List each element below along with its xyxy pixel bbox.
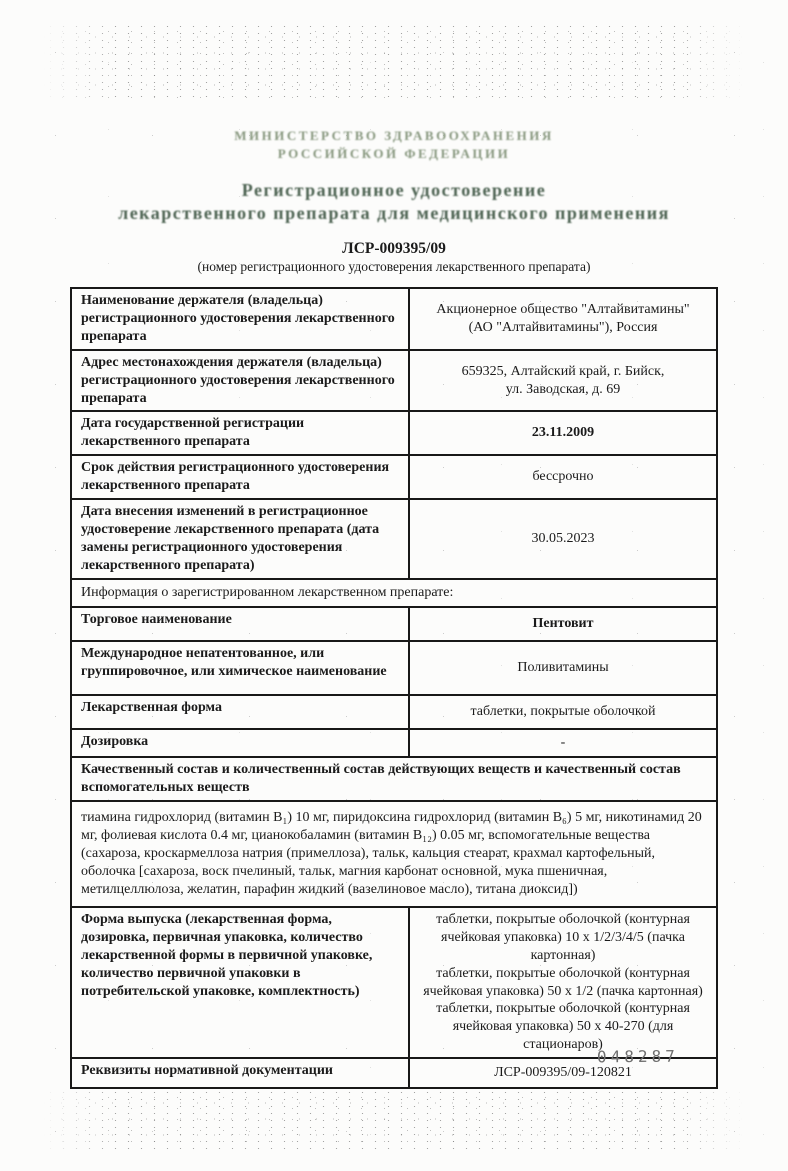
table-row: Срок действия регистрационного удостовер… <box>71 455 717 499</box>
document-title-line-2: лекарственного препарата для медицинског… <box>0 202 788 225</box>
row-value-trade-name: Пентовит <box>409 607 717 641</box>
registration-number-caption: (номер регистрационного удостоверения ле… <box>0 259 788 275</box>
row-label-normative-docs: Реквизиты нормативной документации <box>71 1058 409 1088</box>
blank-serial-number: 048287 <box>597 1047 679 1067</box>
table-row: Дата внесения изменений в регистрационно… <box>71 499 717 579</box>
row-label-registration-date: Дата государственной регистрации лекарст… <box>71 411 409 455</box>
row-label-dosage-form: Лекарственная форма <box>71 695 409 729</box>
row-value-holder-address: 659325, Алтайский край, г. Бийск, ул. За… <box>409 350 717 412</box>
document-title-line-1: Регистрационное удостоверение <box>0 179 788 202</box>
row-label-amendment-date: Дата внесения изменений в регистрационно… <box>71 499 409 579</box>
composition-text: тиамина гидрохлорид (витамин В₁) 10 мг, … <box>71 801 717 907</box>
row-label-inn: Международное непатентованное, или групп… <box>71 641 409 695</box>
row-value-registration-date: 23.11.2009 <box>409 411 717 455</box>
row-label-dosage: Дозировка <box>71 729 409 757</box>
table-row: Дата государственной регистрации лекарст… <box>71 411 717 455</box>
table-row: Дозировка - <box>71 729 717 757</box>
row-label-release-form: Форма выпуска (лекарственная форма, дози… <box>71 907 409 1058</box>
table-row: Наименование держателя (владельца) регис… <box>71 288 717 350</box>
row-value-dosage: - <box>409 729 717 757</box>
row-value-release-form: таблетки, покрытые оболочкой (контурная … <box>409 907 717 1058</box>
document-title: Регистрационное удостоверение лекарствен… <box>0 179 788 226</box>
table-row: Торговое наименование Пентовит <box>71 607 717 641</box>
ministry-header: МИНИСТЕРСТВО ЗДРАВООХРАНЕНИЯ РОССИЙСКОЙ … <box>0 127 788 163</box>
table-row: Международное непатентованное, или групп… <box>71 641 717 695</box>
table-row: Информация о зарегистрированном лекарств… <box>71 579 717 607</box>
section-header-composition: Качественный состав и количественный сос… <box>71 757 717 801</box>
table-row: Адрес местонахождения держателя (владель… <box>71 350 717 412</box>
row-value-holder-name: Акционерное общество "Алтайвитамины" (АО… <box>409 288 717 350</box>
certificate-table: Наименование держателя (владельца) регис… <box>70 287 718 1089</box>
ministry-line-1: МИНИСТЕРСТВО ЗДРАВООХРАНЕНИЯ <box>0 127 788 145</box>
row-value-inn: Поливитамины <box>409 641 717 695</box>
row-value-validity-period: бессрочно <box>409 455 717 499</box>
row-value-amendment-date: 30.05.2023 <box>409 499 717 579</box>
row-value-dosage-form: таблетки, покрытые оболочкой <box>409 695 717 729</box>
table-row: тиамина гидрохлорид (витамин В₁) 10 мг, … <box>71 801 717 907</box>
section-header-drug-info: Информация о зарегистрированном лекарств… <box>71 579 717 607</box>
ministry-line-2: РОССИЙСКОЙ ФЕДЕРАЦИИ <box>0 145 788 163</box>
guilloche-band-top <box>42 22 746 100</box>
table-row: Лекарственная форма таблетки, покрытые о… <box>71 695 717 729</box>
row-label-validity-period: Срок действия регистрационного удостовер… <box>71 455 409 499</box>
row-label-holder-address: Адрес местонахождения держателя (владель… <box>71 350 409 412</box>
table-row: Форма выпуска (лекарственная форма, дози… <box>71 907 717 1058</box>
guilloche-band-bottom <box>42 1088 746 1150</box>
table-row: Качественный состав и количественный сос… <box>71 757 717 801</box>
row-label-holder-name: Наименование держателя (владельца) регис… <box>71 288 409 350</box>
row-label-trade-name: Торговое наименование <box>71 607 409 641</box>
registration-number: ЛСР-009395/09 <box>0 240 788 258</box>
